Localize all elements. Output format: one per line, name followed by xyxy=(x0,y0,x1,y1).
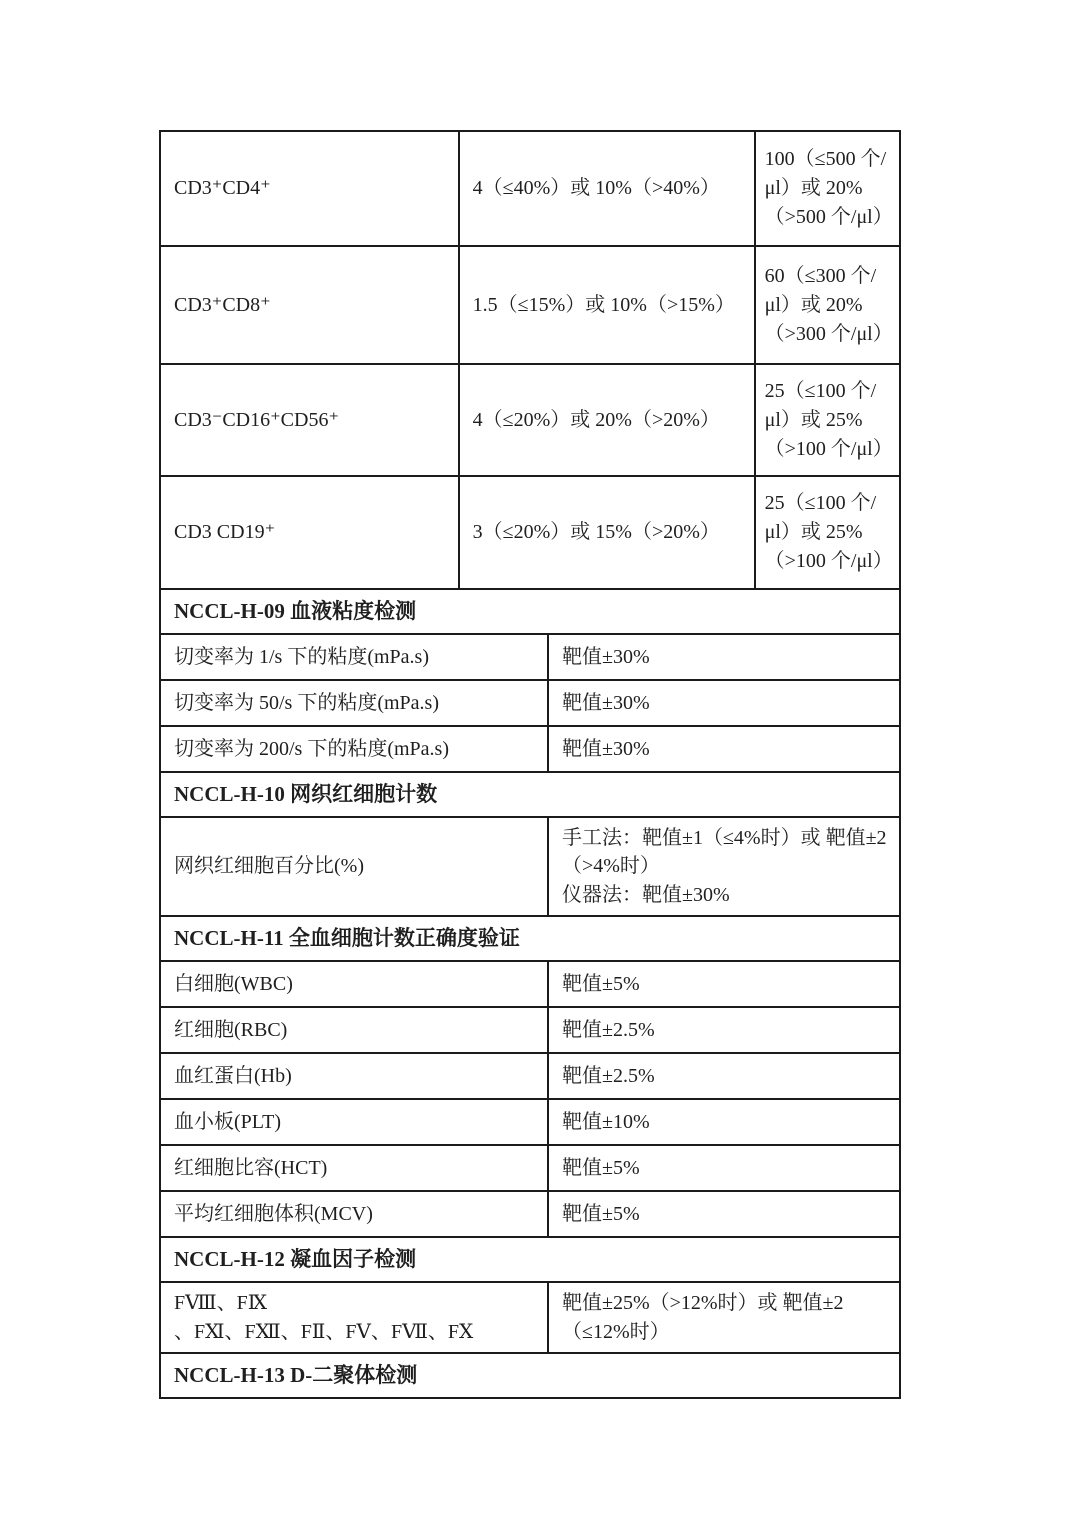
item-cell: FⅧ、FⅨ 、FⅪ、FⅫ、FⅡ、FⅤ、FⅦ、FⅩ xyxy=(161,1283,547,1352)
section-title: NCCL-H-10 网织红细胞计数 xyxy=(161,773,899,816)
criteria-cell: 靶值±30% xyxy=(547,727,899,771)
criteria-cell: 靶值±5% xyxy=(547,1146,899,1190)
table-row-wbc: 白细胞(WBC) 靶值±5% xyxy=(161,960,899,1006)
table-row-cd3cd8: CD3⁺CD8⁺ 1.5（≤15%）或 10%（>15%） 60（≤300 个/… xyxy=(161,245,899,363)
item-cell: 平均红细胞体积(MCV) xyxy=(161,1192,547,1236)
criteria-cell: 靶值±2.5% xyxy=(547,1008,899,1052)
table-row-rbc: 红细胞(RBC) 靶值±2.5% xyxy=(161,1006,899,1052)
criteria-cell: 手工法：靶值±1（≤4%时）或 靶值±2（>4%时） 仪器法：靶值±30% xyxy=(547,818,899,915)
item-cell: 血小板(PLT) xyxy=(161,1100,547,1144)
analyte-cell: CD3⁻CD16⁺CD56⁺ xyxy=(161,365,458,475)
table-row-cd3cd19: CD3 CD19⁺ 3（≤20%）或 15%（>20%） 25（≤100 个/μ… xyxy=(161,475,899,588)
section-title: NCCL-H-11 全血细胞计数正确度验证 xyxy=(161,917,899,960)
table-row-mcv: 平均红细胞体积(MCV) 靶值±5% xyxy=(161,1190,899,1236)
item-cell: 白细胞(WBC) xyxy=(161,962,547,1006)
section-header-h13: NCCL-H-13 D-二聚体检测 xyxy=(161,1352,899,1397)
absolute-count-cell: 100（≤500 个/μl）或 20%（>500 个/μl） xyxy=(754,132,899,245)
table-row-plt: 血小板(PLT) 靶值±10% xyxy=(161,1098,899,1144)
criteria-cell: 靶值±30% xyxy=(547,681,899,725)
item-cell: 切变率为 50/s 下的粘度(mPa.s) xyxy=(161,681,547,725)
absolute-count-cell: 25（≤100 个/μl）或 25%（>100 个/μl） xyxy=(754,365,899,475)
table-row-viscosity-1s: 切变率为 1/s 下的粘度(mPa.s) 靶值±30% xyxy=(161,633,899,679)
criteria-cell: 靶值±30% xyxy=(547,635,899,679)
table-row-reticulocyte: 网织红细胞百分比(%) 手工法：靶值±1（≤4%时）或 靶值±2（>4%时） 仪… xyxy=(161,816,899,915)
item-cell: 红细胞(RBC) xyxy=(161,1008,547,1052)
table-row-hb: 血红蛋白(Hb) 靶值±2.5% xyxy=(161,1052,899,1098)
allowable-error-cell: 1.5（≤15%）或 10%（>15%） xyxy=(458,247,754,363)
table-row-cd3cd16cd56: CD3⁻CD16⁺CD56⁺ 4（≤20%）或 20%（>20%） 25（≤10… xyxy=(161,363,899,475)
criteria-cell: 靶值±25%（>12%时）或 靶值±2（≤12%时） xyxy=(547,1283,899,1352)
section-header-h11: NCCL-H-11 全血细胞计数正确度验证 xyxy=(161,915,899,960)
section-header-h12: NCCL-H-12 凝血因子检测 xyxy=(161,1236,899,1281)
document-page: CD3⁺CD4⁺ 4（≤40%）或 10%（>40%） 100（≤500 个/μ… xyxy=(0,0,1080,1527)
item-cell: 血红蛋白(Hb) xyxy=(161,1054,547,1098)
section-title: NCCL-H-09 血液粘度检测 xyxy=(161,590,899,633)
criteria-cell: 靶值±5% xyxy=(547,962,899,1006)
criteria-cell: 靶值±5% xyxy=(547,1192,899,1236)
qc-criteria-table: CD3⁺CD4⁺ 4（≤40%）或 10%（>40%） 100（≤500 个/μ… xyxy=(159,130,901,1399)
table-row-viscosity-50s: 切变率为 50/s 下的粘度(mPa.s) 靶值±30% xyxy=(161,679,899,725)
allowable-error-cell: 4（≤20%）或 20%（>20%） xyxy=(458,365,754,475)
allowable-error-cell: 4（≤40%）或 10%（>40%） xyxy=(458,132,754,245)
table-row-viscosity-200s: 切变率为 200/s 下的粘度(mPa.s) 靶值±30% xyxy=(161,725,899,771)
section-title: NCCL-H-13 D-二聚体检测 xyxy=(161,1354,899,1397)
absolute-count-cell: 60（≤300 个/μl）或 20%（>300 个/μl） xyxy=(754,247,899,363)
section-header-h10: NCCL-H-10 网织红细胞计数 xyxy=(161,771,899,816)
item-cell: 网织红细胞百分比(%) xyxy=(161,818,547,915)
allowable-error-cell: 3（≤20%）或 15%（>20%） xyxy=(458,477,754,588)
analyte-cell: CD3⁺CD4⁺ xyxy=(161,132,458,245)
section-header-h09: NCCL-H-09 血液粘度检测 xyxy=(161,588,899,633)
item-cell: 切变率为 200/s 下的粘度(mPa.s) xyxy=(161,727,547,771)
absolute-count-cell: 25（≤100 个/μl）或 25%（>100 个/μl） xyxy=(754,477,899,588)
analyte-cell: CD3⁺CD8⁺ xyxy=(161,247,458,363)
section-title: NCCL-H-12 凝血因子检测 xyxy=(161,1238,899,1281)
table-row-coagulation-factors: FⅧ、FⅨ 、FⅪ、FⅫ、FⅡ、FⅤ、FⅦ、FⅩ 靶值±25%（>12%时）或 … xyxy=(161,1281,899,1352)
criteria-cell: 靶值±10% xyxy=(547,1100,899,1144)
table-row-cd3cd4: CD3⁺CD4⁺ 4（≤40%）或 10%（>40%） 100（≤500 个/μ… xyxy=(161,132,899,245)
item-cell: 切变率为 1/s 下的粘度(mPa.s) xyxy=(161,635,547,679)
analyte-cell: CD3 CD19⁺ xyxy=(161,477,458,588)
criteria-cell: 靶值±2.5% xyxy=(547,1054,899,1098)
item-cell: 红细胞比容(HCT) xyxy=(161,1146,547,1190)
table-row-hct: 红细胞比容(HCT) 靶值±5% xyxy=(161,1144,899,1190)
